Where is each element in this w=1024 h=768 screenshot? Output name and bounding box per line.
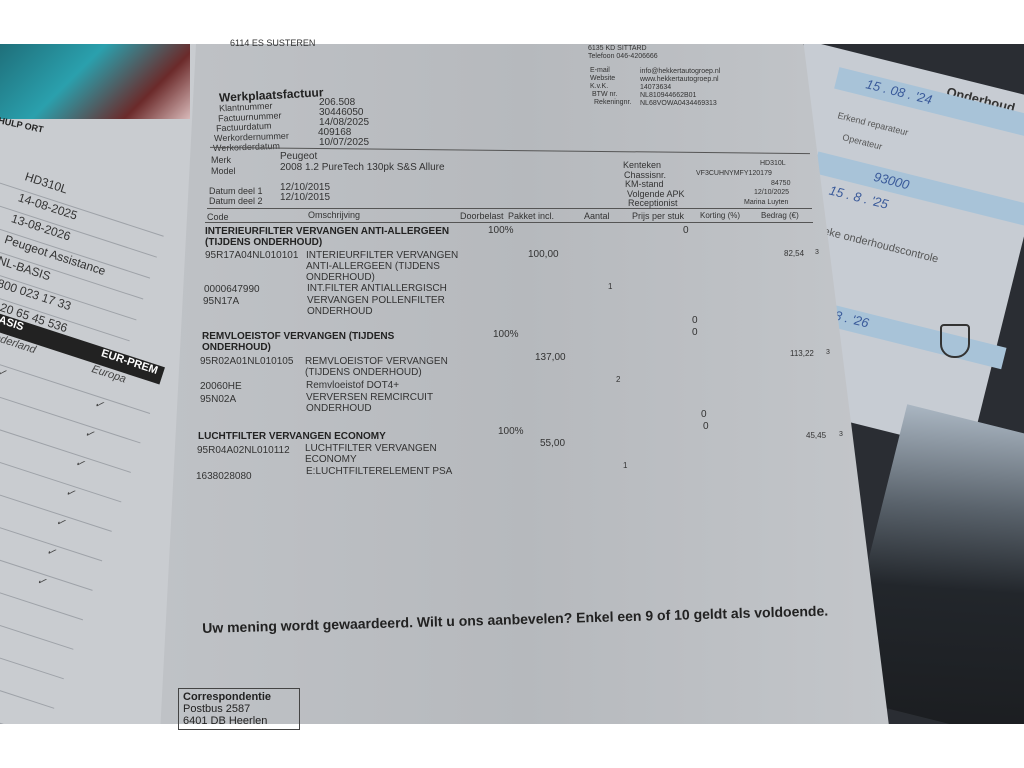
- group-doorbelast: 100%: [493, 329, 519, 340]
- vehicle-kenteken: HD310L: [760, 160, 786, 167]
- line-pakket: 100,00: [528, 249, 559, 260]
- line-description: INTERIEURFILTER VERVANGEN ANTI-ALLERGEEN…: [306, 250, 471, 283]
- line-code: 95R17A04NL010101: [205, 250, 298, 261]
- contact-website: www.hekkertautogroep.nl: [640, 76, 719, 83]
- col-omschrijving: Omschrijving: [308, 210, 360, 220]
- line-btw-code: 3: [826, 349, 830, 356]
- meta-werkorderdatum: 10/07/2025: [319, 137, 369, 148]
- line-aantal: 1: [608, 282, 612, 291]
- vehicle-model: 2008 1.2 PureTech 130pk S&S Allure: [280, 162, 445, 173]
- line-description: LUCHTFILTER VERVANGEN ECONOMY: [305, 443, 465, 465]
- vehicle-km: 84750: [771, 180, 790, 187]
- line-code: 1638028080: [196, 471, 252, 482]
- vehicle-label: Datum deel 1: [209, 186, 263, 196]
- vehicle-label: Merk: [211, 155, 231, 165]
- vehicle-label: Model: [211, 166, 236, 176]
- divider: [207, 208, 812, 209]
- contact-btw: NL810944662B01: [640, 92, 696, 99]
- vehicle-label: Receptionist: [628, 198, 678, 208]
- correspondence-box: Correspondentie Postbus 2587 6401 DB Hee…: [178, 688, 300, 730]
- col-prijs: Prijs per stuk: [632, 211, 684, 221]
- vehicle-label: Kenteken: [623, 160, 661, 170]
- line-aantal: 1: [623, 461, 627, 470]
- line-description: INT.FILTER ANTIALLERGISCH: [307, 283, 447, 294]
- group-title: LUCHTFILTER VERVANGEN ECONOMY: [198, 431, 386, 442]
- line-bedrag: 45,45: [806, 431, 826, 440]
- col-doorbelast: Doorbelast: [460, 211, 504, 221]
- col-code: Code: [207, 212, 229, 222]
- contact-label: E-mail: [590, 67, 610, 74]
- vehicle-receptionist: Marina Luyten: [744, 199, 788, 206]
- divider: [205, 222, 813, 223]
- contact-label: K.v.K.: [590, 83, 608, 90]
- line-bedrag: 113,22: [790, 349, 814, 358]
- col-korting: Korting (%): [700, 211, 740, 220]
- peugeot-lion-stamp-icon: [940, 324, 970, 358]
- line-description: Remvloeistof DOT4+: [306, 380, 399, 391]
- car-photo: [0, 44, 190, 119]
- line-bedrag: 82,54: [784, 249, 804, 258]
- group-korting: 0: [703, 421, 709, 432]
- sender-city-right: 6135 KD SITTARD: [588, 45, 647, 52]
- sender-phone: Telefoon 046-4206666: [588, 53, 658, 60]
- vehicle-date-part2: 12/10/2015: [280, 192, 330, 203]
- correspondence-title: Correspondentie: [183, 691, 295, 703]
- line-description: REMVLOEISTOF VERVANGEN (TIJDENS ONDERHOU…: [305, 356, 470, 378]
- line-pakket: 137,00: [535, 352, 566, 363]
- correspondence-line1: Postbus 2587: [183, 703, 295, 715]
- line-aantal: 2: [616, 375, 620, 384]
- group-doorbelast: 100%: [498, 426, 524, 437]
- contact-label: BTW nr.: [592, 91, 617, 98]
- col-pakket: Pakket incl.: [508, 211, 554, 221]
- col-aantal: Aantal: [584, 211, 610, 221]
- contact-iban: NL68VOWA0434469313: [640, 100, 717, 107]
- line-btw-code: 3: [839, 431, 843, 438]
- line-btw-code: 3: [815, 249, 819, 256]
- line-code: 95N17A: [203, 296, 239, 307]
- contact-label: Website: [590, 75, 615, 82]
- line-code: 0000647990: [204, 284, 260, 295]
- contact-label: Rekeningnr.: [594, 99, 631, 106]
- line-code: 95N02A: [200, 394, 236, 405]
- contact-kvk: 14073634: [640, 84, 671, 91]
- group-korting: 0: [692, 327, 698, 338]
- contact-email: info@hekkertautogroep.nl: [640, 68, 720, 75]
- vehicle-label: KM-stand: [625, 179, 664, 189]
- group-korting: 0: [692, 315, 698, 326]
- group-korting: 0: [683, 225, 689, 236]
- line-description: VERVANGEN POLLENFILTER ONDERHOUD: [307, 295, 477, 317]
- vehicle-chassis: VF3CUHNYMFY120179: [696, 170, 772, 177]
- line-code: 95R02A01NL010105: [200, 356, 293, 367]
- vehicle-next-apk: 12/10/2025: [754, 189, 789, 196]
- line-pakket: 55,00: [540, 438, 565, 449]
- line-description: E:LUCHTFILTERELEMENT PSA: [306, 466, 452, 477]
- vehicle-brand: Peugeot: [280, 151, 317, 162]
- group-title: REMVLOEISTOF VERVANGEN (TIJDENS ONDERHOU…: [202, 331, 432, 353]
- group-title: INTERIEURFILTER VERVANGEN ANTI-ALLERGEEN…: [205, 226, 485, 248]
- line-description: VERVERSEN REMCIRCUIT ONDERHOUD: [306, 392, 456, 414]
- correspondence-line2: 6401 DB Heerlen: [183, 715, 295, 727]
- line-code: 95R04A02NL010112: [197, 445, 290, 456]
- group-korting: 0: [701, 409, 707, 420]
- booklet-text: Operateur: [841, 132, 883, 152]
- col-bedrag: Bedrag (€): [761, 211, 799, 220]
- sender-city-left: 6114 ES SUSTEREN: [230, 38, 315, 48]
- line-code: 20060HE: [200, 381, 242, 392]
- vehicle-label: Datum deel 2: [209, 196, 263, 206]
- group-doorbelast: 100%: [488, 225, 514, 236]
- plan-table: NL-BASIS EUR-PREM NederlandEuropa ✓✓ ✓✓ …: [0, 304, 165, 724]
